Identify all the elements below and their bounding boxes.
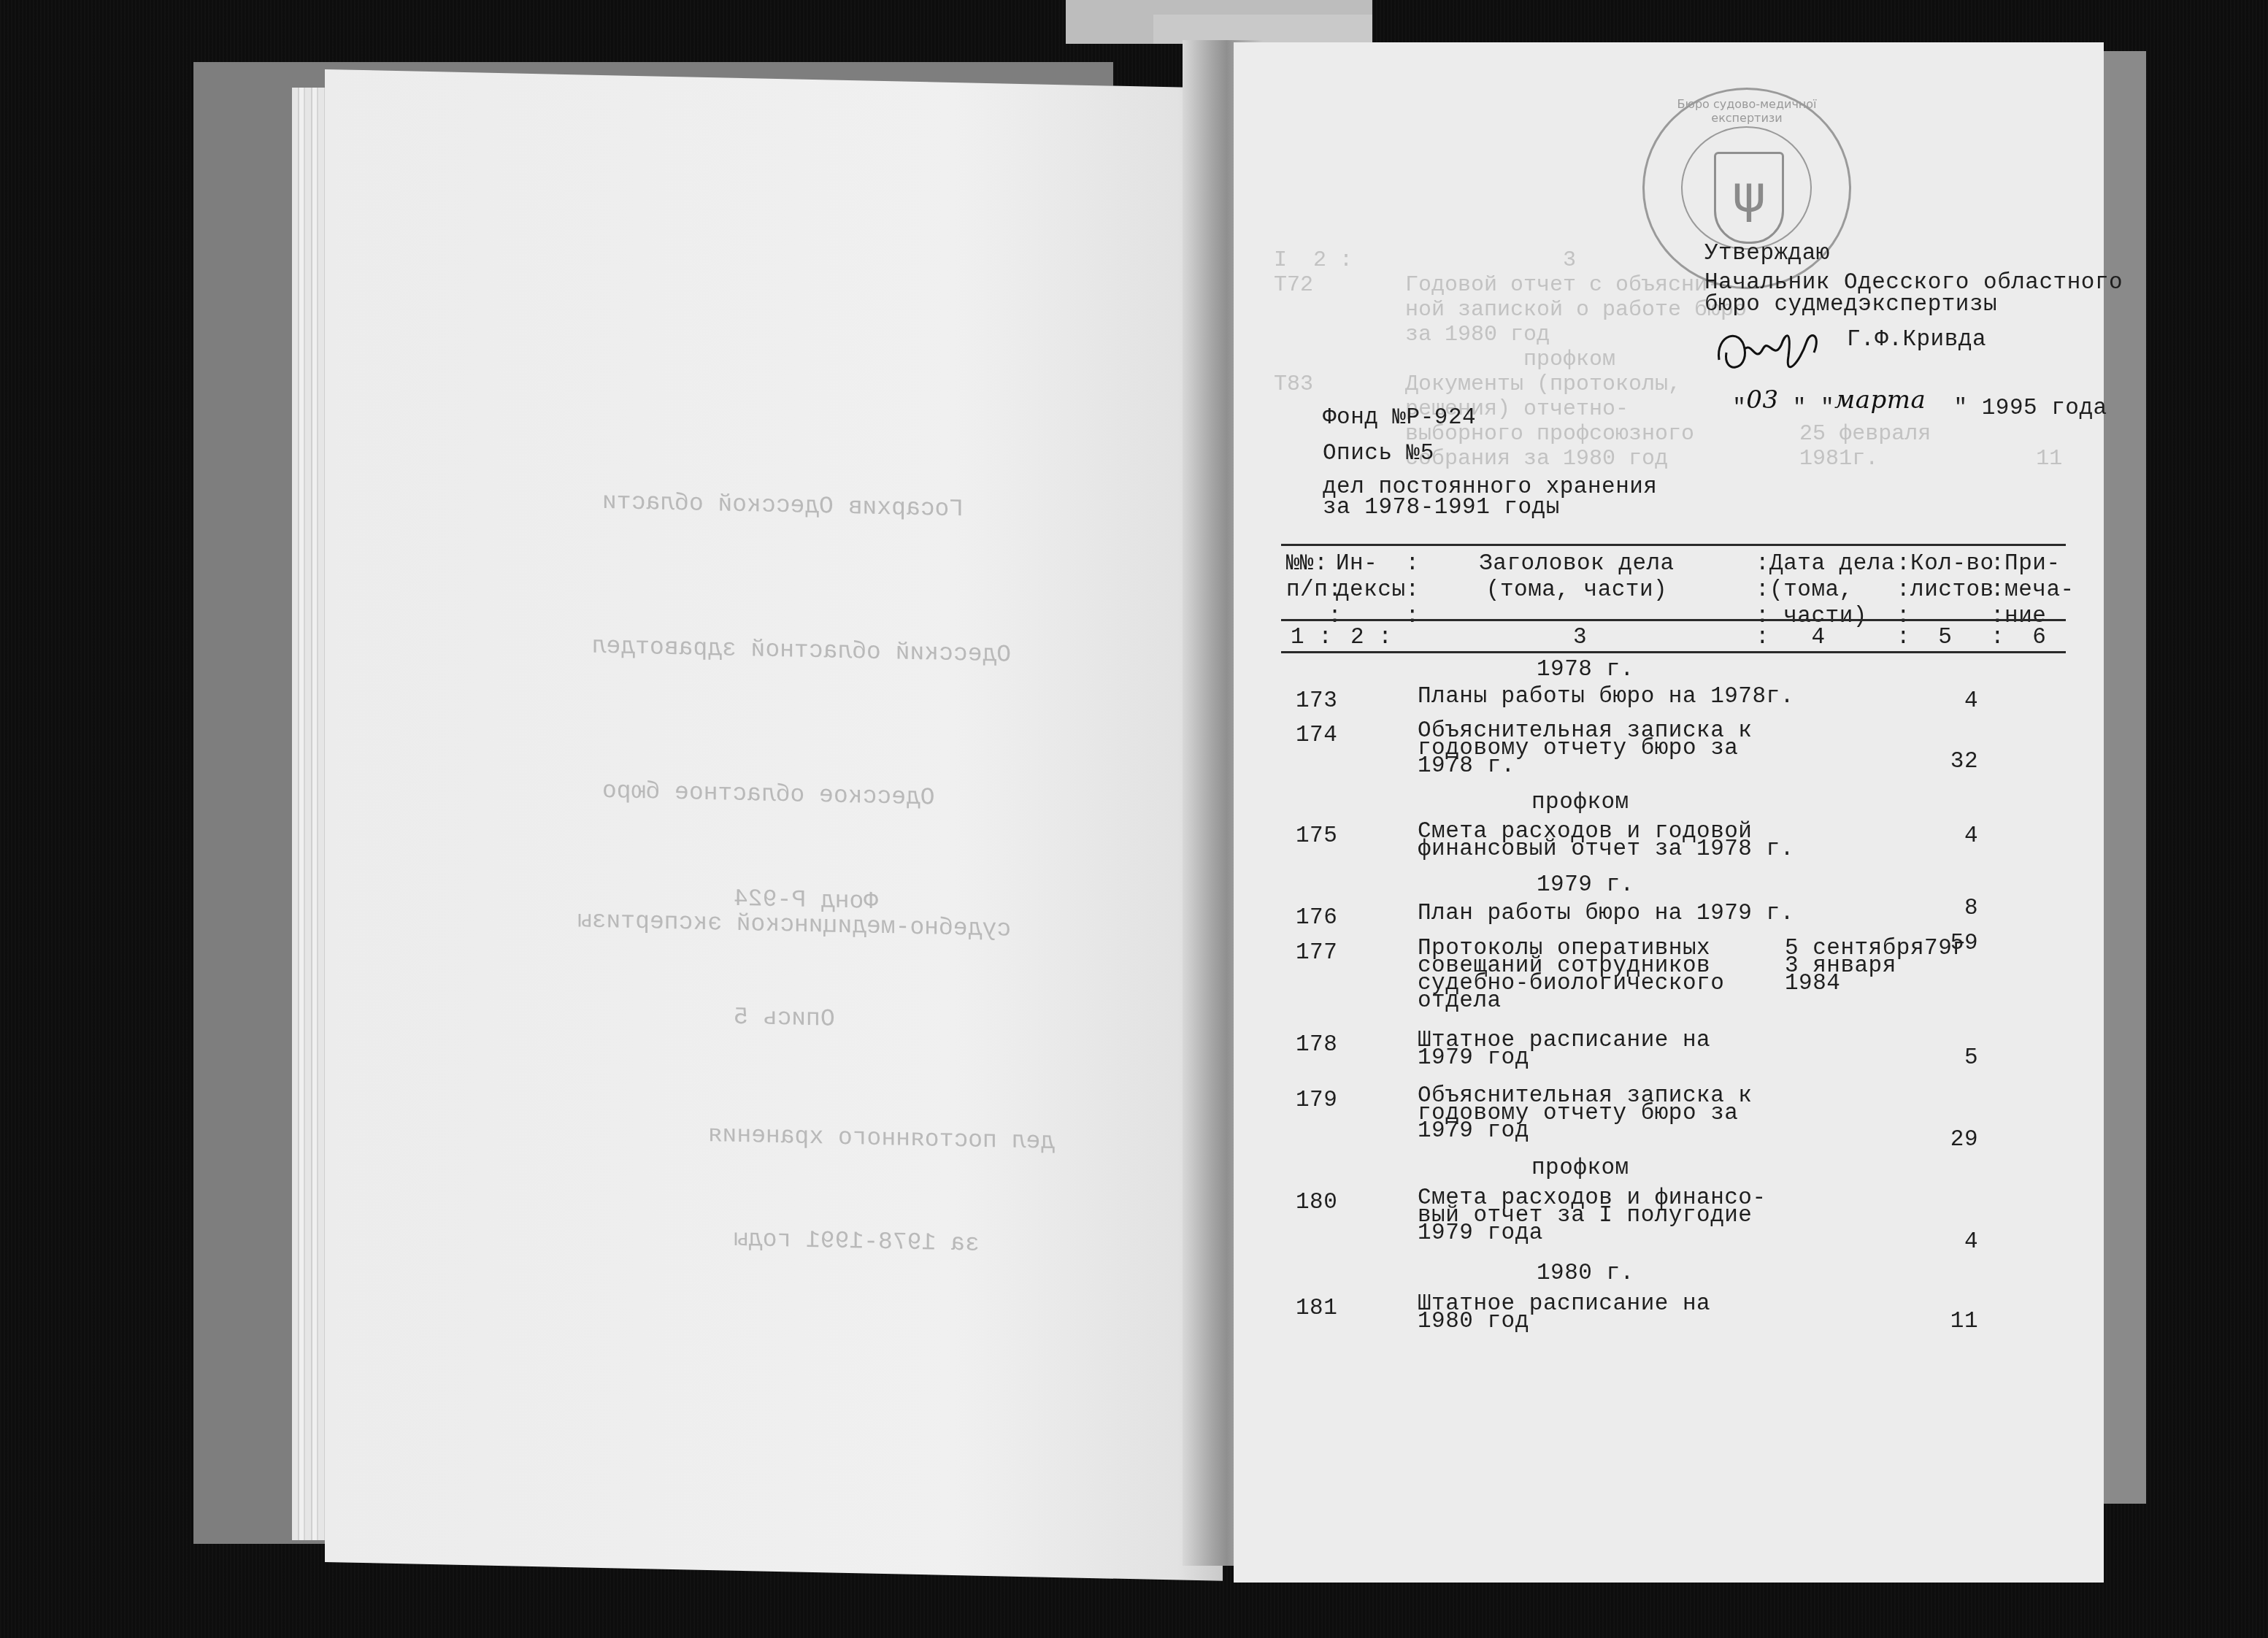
binder-cover-right-edge xyxy=(2102,51,2146,1504)
row-sheet-count: 59 xyxy=(1927,931,1978,957)
row-sheet-count: 5 xyxy=(1927,1045,1978,1072)
row-number: 175 xyxy=(1296,823,1337,850)
col-number-1: 1 : xyxy=(1291,625,1332,651)
table-header-rule xyxy=(1281,619,2066,621)
approval-date: "03 " "марта " 1995 года xyxy=(1704,366,2107,422)
approver-name: Г.Ф.Кривда xyxy=(1847,327,1986,353)
quote-mark: " " xyxy=(1779,396,1834,421)
approval-day: 03 xyxy=(1746,385,1778,415)
approval-month: марта xyxy=(1834,385,1926,415)
col-number-3: 3 xyxy=(1573,625,1587,651)
bleed-line: Госархив Одесской области xyxy=(602,478,1011,535)
bleed-line: за 1978-1991 годы xyxy=(734,1220,1055,1266)
approval-heading: Утверждаю xyxy=(1704,241,1830,267)
row-number: 176 xyxy=(1296,905,1337,931)
approval-position-line2: бюро судмедэкспертизы xyxy=(1704,292,1997,318)
approval-year: 1995 года xyxy=(1982,396,2107,421)
fond-number: Фонд №Р-924 xyxy=(1323,405,1476,431)
row-sheet-count: 29 xyxy=(1927,1127,1978,1153)
row-title: Смета расходов и годовой финансовый отче… xyxy=(1418,823,1794,858)
row-sheet-count: 11 xyxy=(1927,1309,1978,1335)
section-year-1978: 1978 г. xyxy=(1537,657,1634,683)
table-top-rule xyxy=(1281,544,2066,546)
quote-mark: " xyxy=(1926,396,1981,421)
left-page: Госархив Одесской области Одесский облас… xyxy=(325,69,1223,1581)
row-number: 178 xyxy=(1296,1032,1337,1058)
row-title: Планы работы бюро на 1978г. xyxy=(1418,688,1794,706)
inventory-subtitle-line2: за 1978-1991 годы xyxy=(1323,495,1560,521)
row-sheet-count: 8 xyxy=(1927,896,1978,922)
section-profkom: профком xyxy=(1531,1156,1629,1182)
row-title: Штатное расписание на 1979 год xyxy=(1418,1032,1710,1067)
trident-icon: ψ xyxy=(1714,152,1784,244)
row-title: Штатное расписание на 1980 год xyxy=(1418,1296,1710,1331)
table-number-rule xyxy=(1281,651,2066,653)
col-header-6: :При-:меча-:ние xyxy=(1991,551,2075,630)
row-title: Объяснительная записка к годовому отчету… xyxy=(1418,723,1752,775)
bleed-line: дел постоянного хранения xyxy=(734,1116,1055,1162)
col-number-6: : 6 xyxy=(1991,625,2046,651)
section-profkom: профком xyxy=(1531,790,1629,816)
col-header-2: Ин- :дексы: : xyxy=(1336,551,1420,630)
row-sheet-count: 4 xyxy=(1927,1229,1978,1256)
section-year-1980: 1980 г. xyxy=(1537,1261,1634,1287)
col-header-1: №№:п/п: : xyxy=(1286,551,1342,630)
col-header-4: :Дата дела:(тома,: части) xyxy=(1756,551,1895,630)
section-year-1979: 1979 г. xyxy=(1537,872,1634,899)
row-sheet-count: 4 xyxy=(1927,823,1978,850)
col-number-5: : 5 xyxy=(1896,625,1952,651)
col-header-3: Заголовок дела(тома, части) xyxy=(1423,551,1730,604)
row-title: Смета расходов и финансо- вый отчет за I… xyxy=(1418,1190,1767,1242)
col-number-2: 2 : xyxy=(1350,625,1392,651)
row-title: Объяснительная записка к годовому отчету… xyxy=(1418,1088,1752,1140)
row-number: 177 xyxy=(1296,940,1337,966)
bleed-line: Опись 5 xyxy=(734,998,1055,1044)
opis-number: Опись №5 xyxy=(1323,441,1434,467)
quote-mark: " xyxy=(1732,396,1746,421)
row-sheet-count: 4 xyxy=(1927,688,1978,715)
row-number: 181 xyxy=(1296,1296,1337,1322)
row-sheet-count: 32 xyxy=(1927,749,1978,775)
seal-ring-text: Бюро судово-медичної експертизи xyxy=(1667,97,1827,125)
bleed-line: Фонд Р-924 xyxy=(734,880,1055,926)
row-title: Протоколы оперативных совещаний сотрудни… xyxy=(1418,940,1724,1010)
binder-top-tab-inner xyxy=(1153,15,1372,44)
row-number: 173 xyxy=(1296,688,1337,715)
row-number: 179 xyxy=(1296,1088,1337,1114)
col-number-4: : 4 xyxy=(1756,625,1826,651)
bleed-line: Одесский областной здравотдел xyxy=(602,623,1011,680)
col-header-5: :Кол-во:листов: xyxy=(1896,551,1994,630)
row-title: План работы бюро на 1979 г. xyxy=(1418,905,1794,923)
row-number: 180 xyxy=(1296,1190,1337,1216)
bleed-through-fond: Фонд Р-924 Опись 5 дел постоянного хране… xyxy=(734,801,1055,1345)
row-number: 174 xyxy=(1296,723,1337,749)
